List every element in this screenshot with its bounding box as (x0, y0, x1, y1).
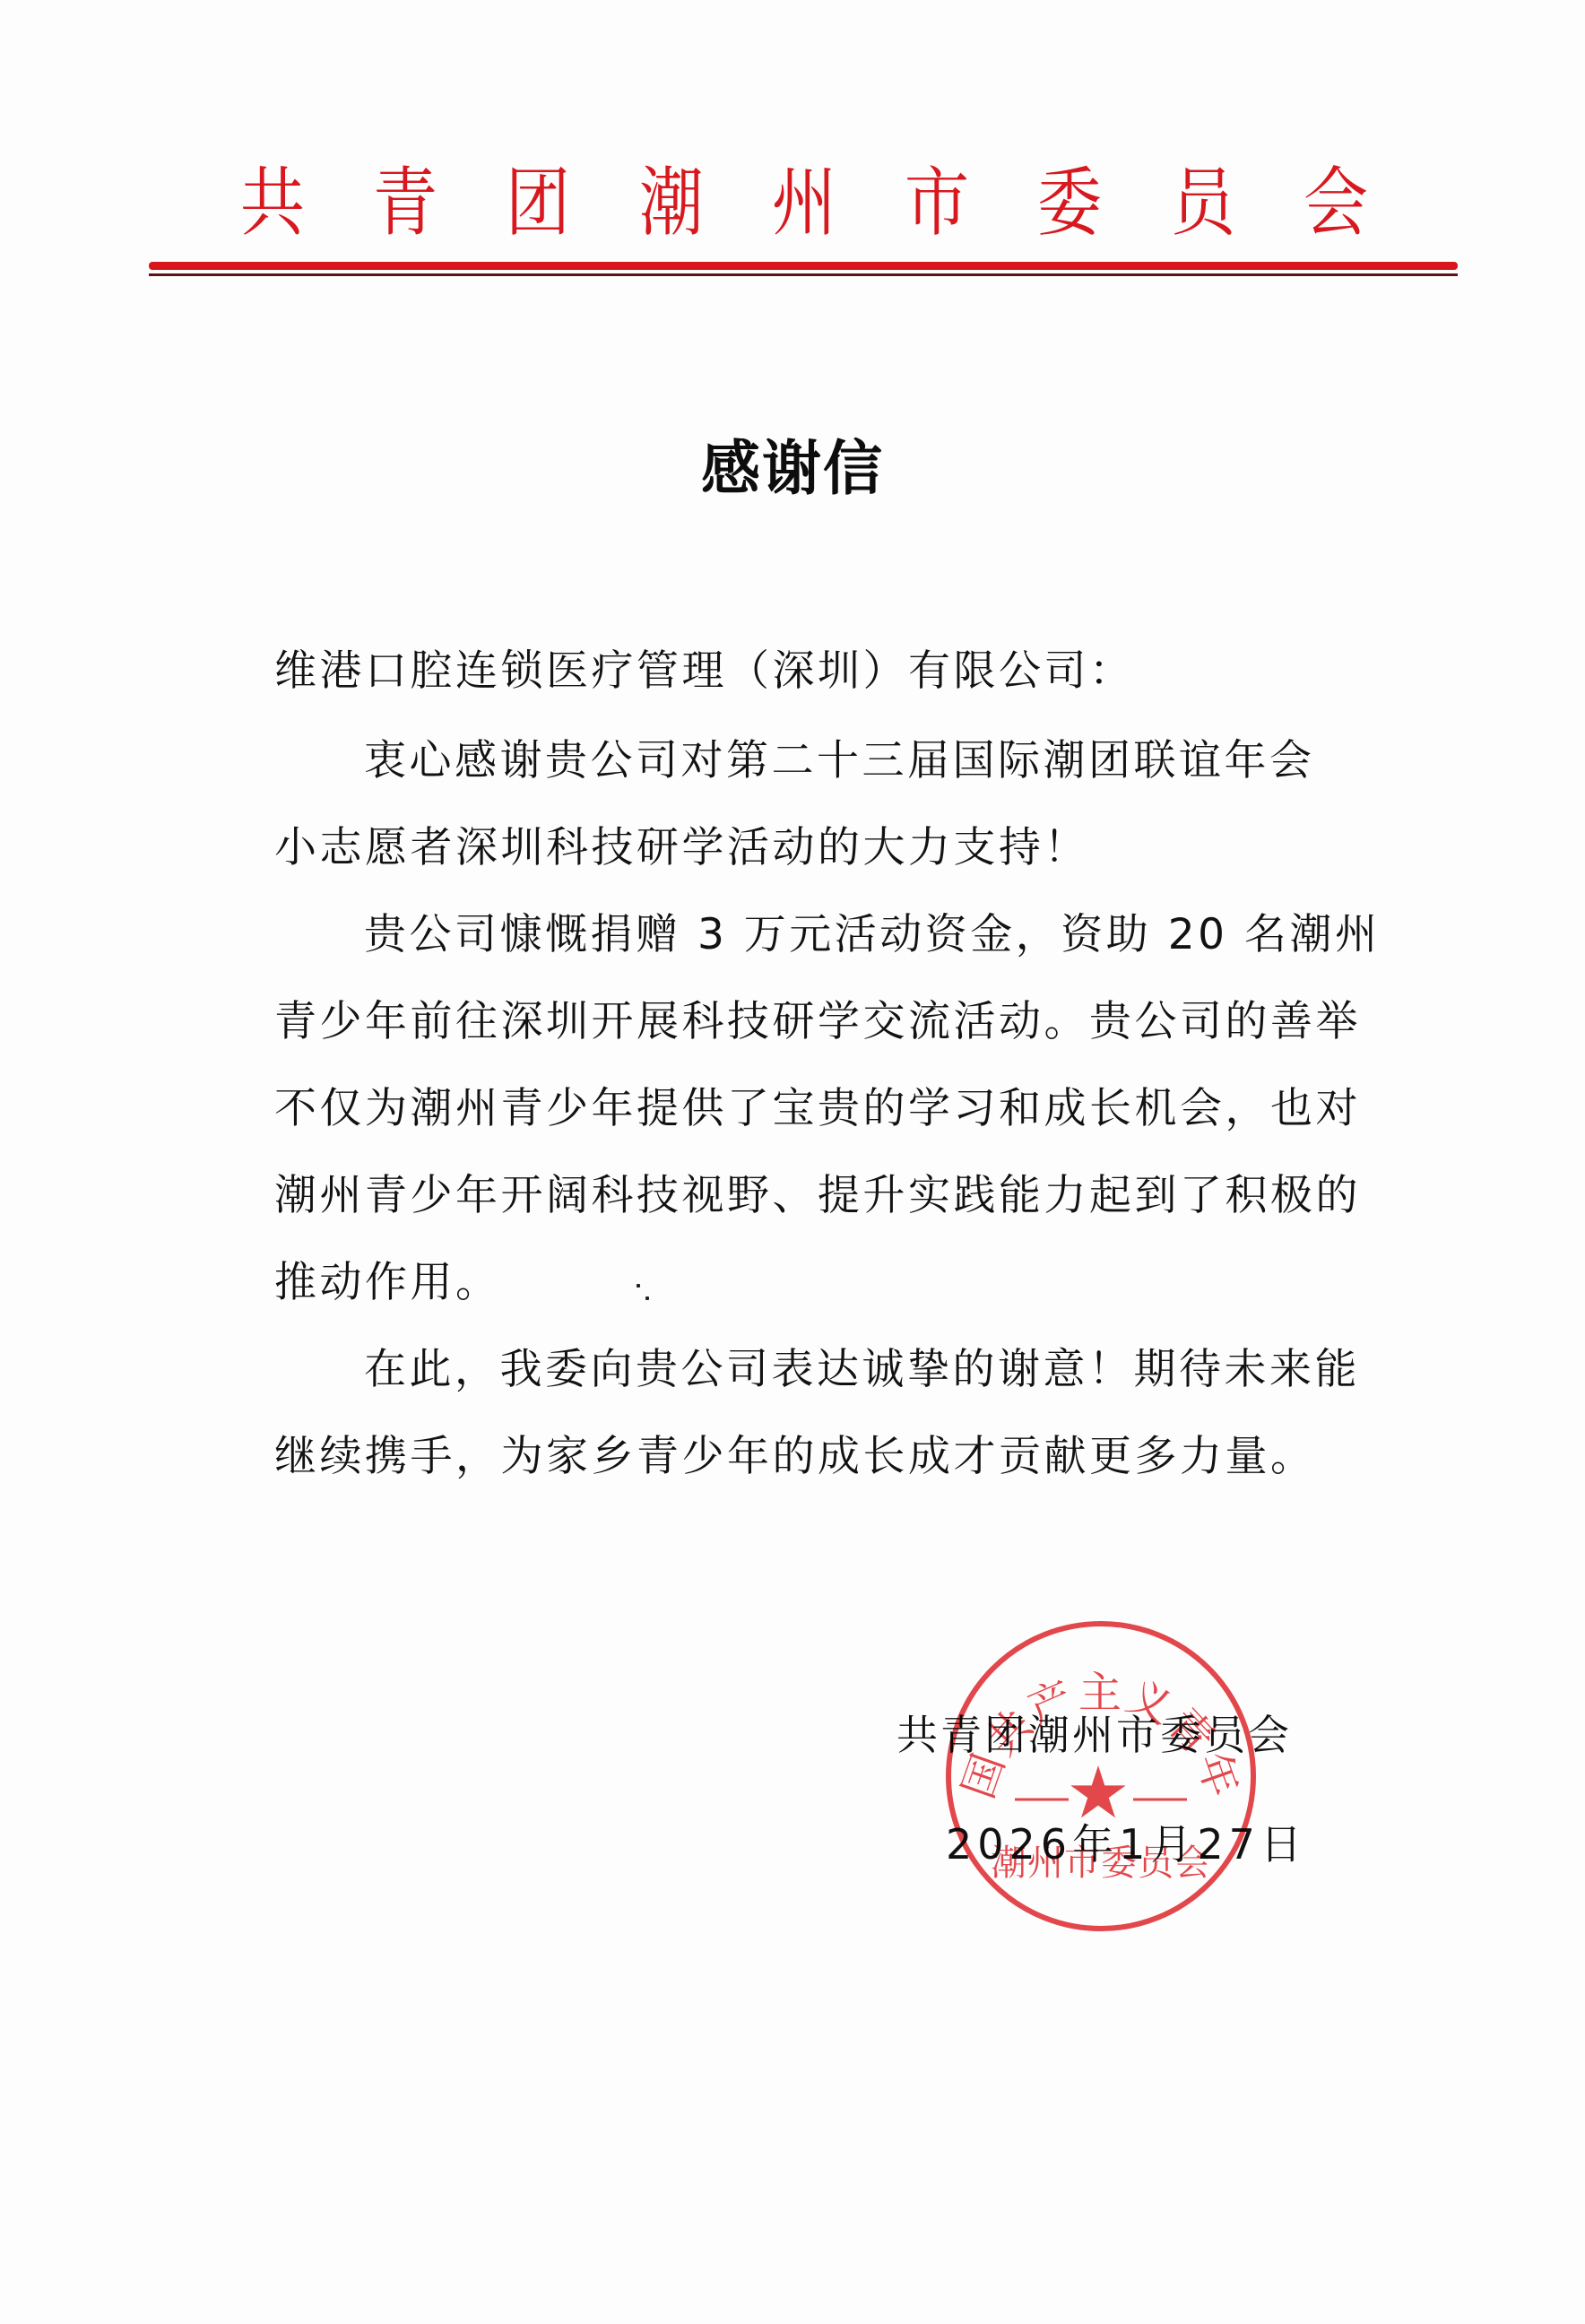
official-seal-icon: 中国共产主义青年团 ★ 潮州市委员会 (943, 1618, 1259, 1934)
letterhead-char: 会 (1304, 158, 1368, 247)
letterhead-org-name: 共 青 团 潮 州 市 委 员 会 (235, 158, 1373, 247)
paragraph-line: 在此，我委向贵公司表达诚挚的谢意！期待未来能 (274, 1337, 1332, 1424)
paragraph-line: 衷心感谢贵公司对第二十三届国际潮团联谊年会 (274, 728, 1332, 815)
seal-star-icon: ★ (1066, 1751, 1130, 1834)
letter-title: 感谢信 (0, 429, 1585, 509)
letter-body: 维港口腔连锁医疗管理（深圳）有限公司： 衷心感谢贵公司对第二十三届国际潮团联谊年… (274, 638, 1332, 1511)
paragraph-line: 推动作用。 (274, 1250, 1332, 1337)
paragraph-line: 小志愿者深圳科技研学活动的大力支持！ (274, 815, 1332, 902)
letterhead-char: 青 (373, 158, 437, 247)
paragraph: 衷心感谢贵公司对第二十三届国际潮团联谊年会 小志愿者深圳科技研学活动的大力支持！ (274, 728, 1332, 902)
letterhead-char: 共 (240, 158, 305, 247)
paragraph: 贵公司慷慨捐赠 3 万元活动资金，资助 20 名潮州 青少年前往深圳开展科技研学… (274, 902, 1332, 1337)
paragraph-line: 贵公司慷慨捐赠 3 万元活动资金，资助 20 名潮州 (274, 902, 1332, 989)
paragraph-line: 不仅为潮州青少年提供了宝贵的学习和成长机会，也对 (274, 1076, 1332, 1163)
letterhead-char: 州 (772, 158, 836, 247)
seal-bottom-text: 潮州市委员会 (991, 1843, 1211, 1884)
paragraph-line: 青少年前往深圳开展科技研学交流活动。贵公司的善举 (274, 989, 1332, 1076)
letterhead-char: 员 (1171, 158, 1235, 247)
paragraph-line: 潮州青少年开阔科技视野、提升实践能力起到了积极的 (274, 1163, 1332, 1250)
letterhead-rule-thick (149, 262, 1458, 270)
scan-speck (645, 1296, 649, 1300)
letterhead-char: 委 (1037, 158, 1102, 247)
letterhead-char: 潮 (639, 158, 704, 247)
salutation: 维港口腔连锁医疗管理（深圳）有限公司： (274, 638, 1332, 728)
scan-speck (637, 1284, 640, 1288)
letterhead-char: 市 (905, 158, 969, 247)
letterhead-char: 团 (506, 158, 570, 247)
letterhead-rule-thin (149, 273, 1458, 276)
paragraph-line: 继续携手，为家乡青少年的成长成才贡献更多力量。 (274, 1424, 1332, 1511)
paragraph: 在此，我委向贵公司表达诚挚的谢意！期待未来能 继续携手，为家乡青少年的成长成才贡… (274, 1337, 1332, 1511)
